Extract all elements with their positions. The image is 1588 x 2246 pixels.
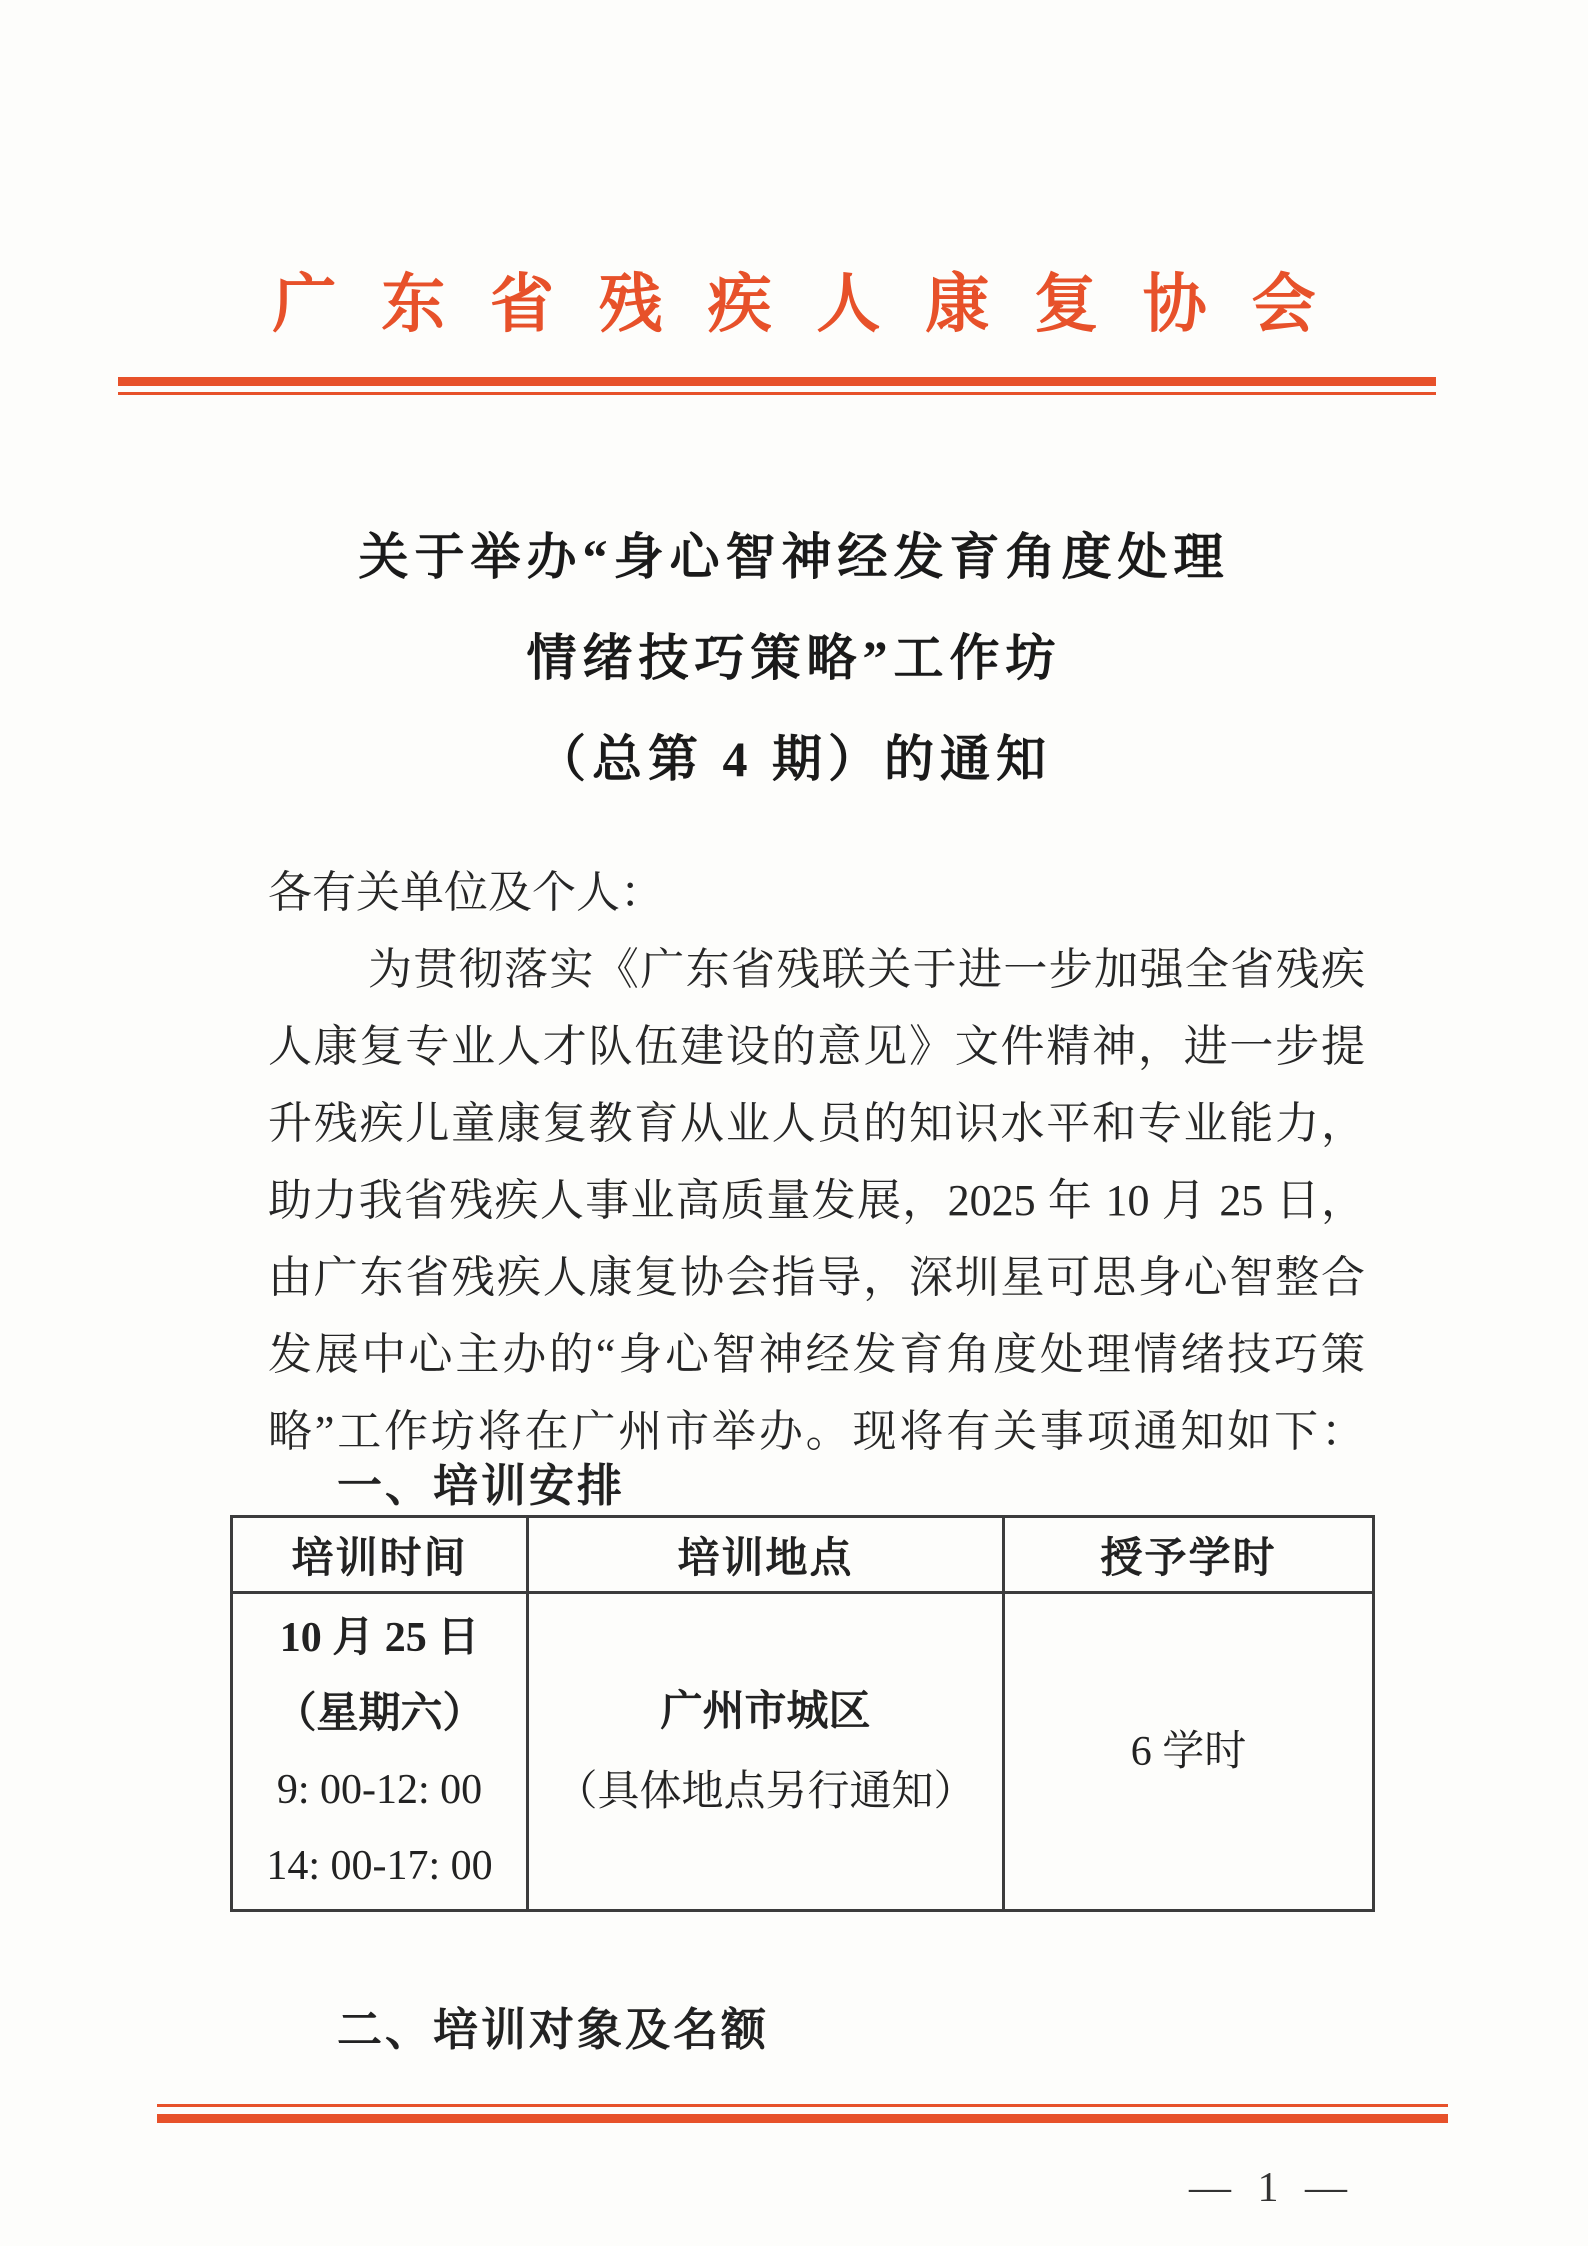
body-line: 升残疾儿童康复教育从业人员的知识水平和专业能力，	[268, 1085, 1365, 1162]
body-line: 为贯彻落实《广东省残联关于进一步加强全省残疾	[268, 931, 1365, 1008]
title-line-1: 关于举办“身心智神经发育角度处理	[0, 507, 1588, 608]
footer-rule-thin	[157, 2104, 1448, 2107]
training-location: 广州市城区	[529, 1672, 1002, 1752]
col-header-training-time: 培训时间	[232, 1517, 528, 1593]
body-line: 由广东省残疾人康复协会指导，深圳星可思身心智整合	[268, 1239, 1365, 1316]
header-rule-thick	[118, 377, 1436, 386]
page-number: — 1 —	[1152, 2162, 1392, 2214]
cell-training-location: 广州市城区 （具体地点另行通知）	[528, 1593, 1004, 1911]
body-line: 助力我省残疾人事业高质量发展，2025 年 10 月 25 日，	[268, 1162, 1365, 1239]
section-2-heading: 二、培训对象及名额	[337, 2000, 769, 2060]
document-title: 关于举办“身心智神经发育角度处理 情绪技巧策略”工作坊 （总第 4 期）的通知	[0, 507, 1588, 810]
training-schedule-table: 培训时间 培训地点 授予学时 10 月 25 日 （星期六） 9: 00-12:…	[230, 1515, 1375, 1912]
credit-hours: 6 学时	[1005, 1714, 1372, 1790]
training-time-afternoon: 14: 00-17: 00	[233, 1828, 526, 1904]
org-name: 广东省残疾人康复协会	[0, 258, 1588, 352]
section-1-heading: 一、培训安排	[337, 1456, 625, 1516]
cell-training-time: 10 月 25 日 （星期六） 9: 00-12: 00 14: 00-17: …	[232, 1593, 528, 1911]
title-line-3: （总第 4 期）的通知	[0, 709, 1588, 810]
training-weekday: （星期六）	[233, 1676, 526, 1752]
document-page: 广东省残疾人康复协会 关于举办“身心智神经发育角度处理 情绪技巧策略”工作坊 （…	[0, 0, 1588, 2246]
body-text: 各有关单位及个人： 为贯彻落实《广东省残联关于进一步加强全省残疾 人康复专业人才…	[268, 854, 1365, 1470]
footer-rule-thick	[157, 2114, 1448, 2123]
header-rule-thin	[118, 392, 1436, 395]
body-line: 人康复专业人才队伍建设的意见》文件精神，进一步提	[268, 1008, 1365, 1085]
table-header-row: 培训时间 培训地点 授予学时	[232, 1517, 1374, 1593]
title-line-2: 情绪技巧策略”工作坊	[0, 608, 1588, 709]
training-location-note: （具体地点另行通知）	[529, 1752, 1002, 1832]
table-row: 10 月 25 日 （星期六） 9: 00-12: 00 14: 00-17: …	[232, 1593, 1374, 1911]
col-header-credit-hours: 授予学时	[1004, 1517, 1374, 1593]
training-time-morning: 9: 00-12: 00	[233, 1752, 526, 1828]
salutation: 各有关单位及个人：	[268, 854, 1365, 931]
cell-credit-hours: 6 学时	[1004, 1593, 1374, 1911]
training-date: 10 月 25 日	[233, 1600, 526, 1676]
body-line: 发展中心主办的“身心智神经发育角度处理情绪技巧策	[268, 1316, 1365, 1393]
col-header-training-location: 培训地点	[528, 1517, 1004, 1593]
